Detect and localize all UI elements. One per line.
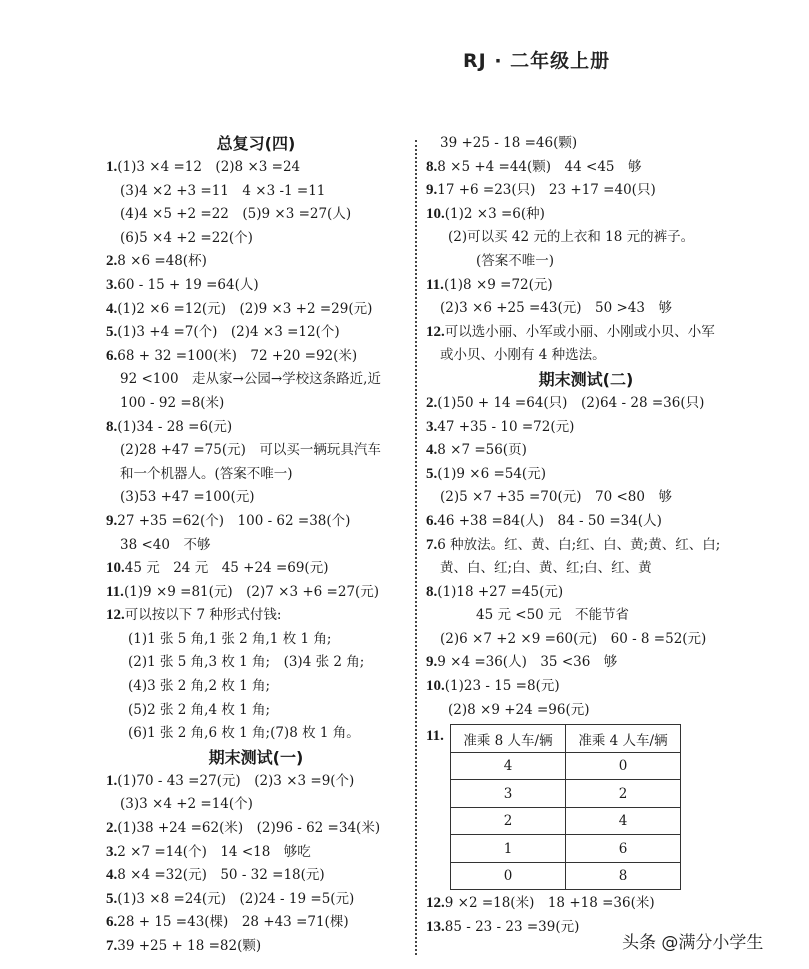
- answer-text: (1)18 +27 =45(元): [437, 584, 563, 600]
- answer-text: (6)1 张 2 角,6 枚 1 角;(7)8 枚 1 角。: [128, 725, 360, 741]
- answer-line: 2.(1)50 + 14 =64(只) (2)64 - 28 =36(只): [426, 392, 746, 416]
- table-header-row: 准乘 8 人车/辆 准乘 4 人车/辆: [451, 725, 681, 753]
- answer-text: 8 ×5 +4 =44(颗) 44 <45 够: [437, 159, 641, 175]
- left-column: 总复习(四) 1.(1)3 ×4 =12 (2)8 ×3 =24(3)4 ×2 …: [106, 132, 406, 959]
- answer-text: (1)34 - 28 =6(元): [117, 419, 232, 435]
- answer-line: 黄、白、红;白、黄、红;白、红、黄: [426, 557, 746, 581]
- answer-line: (3)53 +47 =100(元): [106, 486, 406, 510]
- answer-line: (2)28 +47 =75(元) 可以买一辆玩具汽车: [106, 439, 406, 463]
- question-number: 4.: [426, 442, 437, 458]
- answer-text: 38 <40 不够: [120, 537, 210, 553]
- answer-text: (1)38 +24 =62(米) (2)96 - 62 =34(米): [117, 820, 380, 836]
- table-cell: 2: [451, 807, 566, 835]
- answer-line: 5.(1)3 +4 =7(个) (2)4 ×3 =12(个): [106, 321, 406, 345]
- answer-line: 或小贝、小刚有 4 种选法。: [426, 344, 746, 368]
- answer-line: 12.9 ×2 =18(米) 18 +18 =36(米): [426, 892, 746, 916]
- question-number: 5.: [106, 324, 117, 340]
- question-number: 7.: [426, 537, 437, 553]
- question-number: 6.: [106, 348, 117, 364]
- question-number: 1.: [106, 159, 117, 175]
- question-number: 12.: [426, 324, 445, 340]
- answer-line: 10.(1)2 ×3 =6(种): [426, 203, 746, 227]
- question-number: 2.: [106, 820, 117, 836]
- answer-text: (6)5 ×4 +2 =22(个): [120, 230, 253, 246]
- question-number: 10.: [426, 678, 445, 694]
- question-number: 4.: [106, 301, 117, 317]
- answer-text: 8 ×7 =56(页): [437, 442, 527, 458]
- answer-line: (1)1 张 5 角,1 张 2 角,1 枚 1 角;: [106, 628, 406, 652]
- question-number: 13.: [426, 919, 445, 935]
- question-number: 2.: [426, 395, 437, 411]
- answer-line: 6.46 +38 =84(人) 84 - 50 =34(人): [426, 510, 746, 534]
- answer-line: 3.60 - 15 + 19 =64(人): [106, 274, 406, 298]
- question-number: 2.: [106, 253, 117, 269]
- answer-text: (1)1 张 5 角,1 张 2 角,1 枚 1 角;: [128, 631, 331, 647]
- answer-text: 100 - 92 =8(米): [120, 395, 224, 411]
- answer-line: 92 <100 走从家→公园→学校这条路近,近: [106, 368, 406, 392]
- answer-text: 60 - 15 + 19 =64(人): [117, 277, 258, 293]
- answer-text: (1)8 ×9 =72(元): [444, 277, 553, 293]
- answer-line: (2)6 ×7 +2 ×9 =60(元) 60 - 8 =52(元): [426, 628, 746, 652]
- answer-text: 可以选小丽、小军或小丽、小刚或小贝、小军: [445, 324, 715, 340]
- final-test-2-answers: 2.(1)50 + 14 =64(只) (2)64 - 28 =36(只)3.4…: [426, 392, 746, 722]
- question-number: 5.: [106, 891, 117, 907]
- watermark-text: 头条 @满分小学生: [622, 928, 763, 953]
- answer-text: (1)3 +4 =7(个) (2)4 ×3 =12(个): [117, 324, 339, 340]
- answer-text: (3)3 ×4 +2 =14(个): [120, 796, 253, 812]
- answer-text: (2)6 ×7 +2 ×9 =60(元) 60 - 8 =52(元): [440, 631, 706, 647]
- section-title-review-4: 总复习(四): [106, 132, 406, 156]
- answer-line: 6.28 + 15 =43(棵) 28 +43 =71(棵): [106, 911, 406, 935]
- answer-text: (答案不唯一): [476, 253, 554, 269]
- question-number: 11.: [106, 584, 124, 600]
- table-cell: 2: [566, 780, 681, 808]
- answer-line: (5)2 张 2 角,4 枚 1 角;: [106, 699, 406, 723]
- answer-text: 39 +25 + 18 =82(颗): [117, 938, 261, 954]
- question-number: 11.: [426, 277, 444, 293]
- right-column: 39 +25 - 18 =46(颗)8.8 ×5 +4 =44(颗) 44 <4…: [426, 132, 746, 939]
- table-row: 0 8: [451, 862, 681, 890]
- answer-line: (2)3 ×6 +25 =43(元) 50 >43 够: [426, 297, 746, 321]
- question-number: 9.: [106, 513, 117, 529]
- question-number: 8.: [426, 584, 437, 600]
- answer-line: 12.可以选小丽、小军或小丽、小刚或小贝、小军: [426, 321, 746, 345]
- answer-line: 3.2 ×7 =14(个) 14 <18 够吃: [106, 841, 406, 865]
- answer-text: (2)5 ×7 +35 =70(元) 70 <80 够: [440, 489, 672, 505]
- answer-line: 11.(1)8 ×9 =72(元): [426, 274, 746, 298]
- table-cell: 6: [566, 835, 681, 863]
- section-title-final-test-1: 期末测试(一): [106, 746, 406, 770]
- answer-text: (1)23 - 15 =8(元): [445, 678, 560, 694]
- answer-text: 45 元 <50 元 不能节省: [476, 607, 629, 623]
- answer-line: (3)3 ×4 +2 =14(个): [106, 793, 406, 817]
- answer-line: 12.可以按以下 7 种形式付钱:: [106, 604, 406, 628]
- column-divider: [415, 140, 417, 955]
- answer-line: 3.47 +35 - 10 =72(元): [426, 416, 746, 440]
- answer-text: 9 ×2 =18(米) 18 +18 =36(米): [445, 895, 655, 911]
- answer-text: 17 +6 =23(只) 23 +17 =40(只): [437, 182, 655, 198]
- table-cell: 3: [451, 780, 566, 808]
- section-title-final-test-2: 期末测试(二): [426, 368, 746, 392]
- answer-text: (2)1 张 5 角,3 枚 1 角; (3)4 张 2 角;: [128, 654, 364, 670]
- answer-text: 47 +35 - 10 =72(元): [437, 419, 574, 435]
- question-number: 4.: [106, 867, 117, 883]
- table-row: 2 4: [451, 807, 681, 835]
- answer-text: 或小贝、小刚有 4 种选法。: [440, 347, 606, 363]
- answer-line: 4.8 ×4 =32(元) 50 - 32 =18(元): [106, 864, 406, 888]
- question-number: 3.: [426, 419, 437, 435]
- answer-line: 11.(1)9 ×9 =81(元) (2)7 ×3 +6 =27(元): [106, 581, 406, 605]
- table-cell: 4: [566, 807, 681, 835]
- final-test-1-continued-answers: 39 +25 - 18 =46(颗)8.8 ×5 +4 =44(颗) 44 <4…: [426, 132, 746, 368]
- answer-line: (2)8 ×9 +24 =96(元): [426, 699, 746, 723]
- table-row: 1 6: [451, 835, 681, 863]
- answer-line: 6.68 + 32 =100(米) 72 +20 =92(米): [106, 345, 406, 369]
- final-test-1-answers: 1.(1)70 - 43 =27(元) (2)3 ×3 =9(个)(3)3 ×4…: [106, 770, 406, 959]
- answer-text: 8 ×4 =32(元) 50 - 32 =18(元): [117, 867, 324, 883]
- question-number: 10.: [106, 560, 125, 576]
- answer-text: 2 ×7 =14(个) 14 <18 够吃: [117, 844, 311, 860]
- answer-text: 和一个机器人。(答案不唯一): [120, 466, 293, 482]
- table-cell: 0: [451, 862, 566, 890]
- answer-text: (2)8 ×9 +24 =96(元): [448, 702, 590, 718]
- header-8-seat-cars: 准乘 8 人车/辆: [451, 725, 566, 753]
- answer-line: 8.(1)34 - 28 =6(元): [106, 416, 406, 440]
- answer-line: 1.(1)70 - 43 =27(元) (2)3 ×3 =9(个): [106, 770, 406, 794]
- answer-text: (1)70 - 43 =27(元) (2)3 ×3 =9(个): [117, 773, 354, 789]
- table-cell: 1: [451, 835, 566, 863]
- answer-line: 7.6 种放法。红、黄、白;红、白、黄;黄、红、白;: [426, 534, 746, 558]
- answer-text: 27 +35 =62(个) 100 - 62 =38(个): [117, 513, 350, 529]
- table-row: 4 0: [451, 752, 681, 780]
- question-number: 11.: [426, 724, 450, 745]
- answer-line: (3)4 ×2 +3 =11 4 ×3 -1 =11: [106, 180, 406, 204]
- table-row: 3 2: [451, 780, 681, 808]
- answer-line: 5.(1)3 ×8 =24(元) (2)24 - 19 =5(元): [106, 888, 406, 912]
- answer-line: 2.(1)38 +24 =62(米) (2)96 - 62 =34(米): [106, 817, 406, 841]
- answer-line: 38 <40 不够: [106, 534, 406, 558]
- answer-text: (1)3 ×8 =24(元) (2)24 - 19 =5(元): [117, 891, 354, 907]
- answer-line: 7.39 +25 + 18 =82(颗): [106, 935, 406, 959]
- table-cell: 8: [566, 862, 681, 890]
- answer-line: (6)1 张 2 角,6 枚 1 角;(7)8 枚 1 角。: [106, 722, 406, 746]
- answer-line: 10.45 元 24 元 45 +24 =69(元): [106, 557, 406, 581]
- question-number: 3.: [106, 277, 117, 293]
- answer-line: (答案不唯一): [426, 250, 746, 274]
- answer-text: 可以按以下 7 种形式付钱:: [125, 607, 282, 623]
- answer-line: 10.(1)23 - 15 =8(元): [426, 675, 746, 699]
- answer-text: 28 + 15 =43(棵) 28 +43 =71(棵): [117, 914, 348, 930]
- answer-text: (1)2 ×6 =12(元) (2)9 ×3 +2 =29(元): [117, 301, 372, 317]
- answer-text: (2)28 +47 =75(元) 可以买一辆玩具汽车: [120, 442, 381, 458]
- answer-line: (2)可以买 42 元的上衣和 18 元的裤子。: [426, 226, 746, 250]
- answer-text: (2)3 ×6 +25 =43(元) 50 >43 够: [440, 300, 672, 316]
- answer-text: 39 +25 - 18 =46(颗): [440, 135, 577, 151]
- answer-line: 和一个机器人。(答案不唯一): [106, 463, 406, 487]
- answer-text: (1)9 ×6 =54(元): [437, 466, 546, 482]
- question-number: 8.: [106, 419, 117, 435]
- question-number: 5.: [426, 466, 437, 482]
- answer-text: 92 <100 走从家→公园→学校这条路近,近: [120, 371, 381, 387]
- question-number: 12.: [106, 607, 125, 623]
- answer-text: (5)2 张 2 角,4 枚 1 角;: [128, 702, 270, 718]
- answer-line: 9.17 +6 =23(只) 23 +17 =40(只): [426, 179, 746, 203]
- answer-text: (3)4 ×2 +3 =11 4 ×3 -1 =11: [120, 183, 325, 199]
- answer-line: (2)5 ×7 +35 =70(元) 70 <80 够: [426, 486, 746, 510]
- answer-line: 45 元 <50 元 不能节省: [426, 604, 746, 628]
- answer-text: (1)9 ×9 =81(元) (2)7 ×3 +6 =27(元): [124, 584, 379, 600]
- answer-text: (4)3 张 2 角,2 枚 1 角;: [128, 678, 270, 694]
- answer-text: 68 + 32 =100(米) 72 +20 =92(米): [117, 348, 357, 364]
- question-number: 7.: [106, 938, 117, 954]
- question-11-table-block: 11. 准乘 8 人车/辆 准乘 4 人车/辆 4 0 3 2 2: [426, 724, 746, 890]
- answer-text: (2)可以买 42 元的上衣和 18 元的裤子。: [448, 229, 694, 245]
- answer-text: (1)50 + 14 =64(只) (2)64 - 28 =36(只): [437, 395, 704, 411]
- answer-text: (4)4 ×5 +2 =22 (5)9 ×3 =27(人): [120, 206, 351, 222]
- answer-line: 1.(1)3 ×4 =12 (2)8 ×3 =24: [106, 156, 406, 180]
- answer-text: 46 +38 =84(人) 84 - 50 =34(人): [437, 513, 662, 529]
- question-number: 10.: [426, 206, 445, 222]
- answer-text: (1)2 ×3 =6(种): [445, 206, 545, 222]
- question-number: 6.: [106, 914, 117, 930]
- page-header-title: RJ · 二年级上册: [463, 46, 610, 73]
- review-4-answers: 1.(1)3 ×4 =12 (2)8 ×3 =24(3)4 ×2 +3 =11 …: [106, 156, 406, 746]
- header-4-seat-cars: 准乘 4 人车/辆: [566, 725, 681, 753]
- car-combination-table: 准乘 8 人车/辆 准乘 4 人车/辆 4 0 3 2 2 4 1: [450, 724, 681, 890]
- answer-line: 9.9 ×4 =36(人) 35 <36 够: [426, 651, 746, 675]
- answer-line: 5.(1)9 ×6 =54(元): [426, 463, 746, 487]
- answer-text: 黄、白、红;白、黄、红;白、红、黄: [440, 560, 652, 576]
- question-number: 9.: [426, 182, 437, 198]
- answer-line: (4)3 张 2 角,2 枚 1 角;: [106, 675, 406, 699]
- answer-line: 8.(1)18 +27 =45(元): [426, 581, 746, 605]
- answer-line: 9.27 +35 =62(个) 100 - 62 =38(个): [106, 510, 406, 534]
- answer-text: 8 ×6 =48(杯): [117, 253, 207, 269]
- question-number: 12.: [426, 895, 445, 911]
- table-cell: 4: [451, 752, 566, 780]
- answer-line: 2.8 ×6 =48(杯): [106, 250, 406, 274]
- answer-line: (6)5 ×4 +2 =22(个): [106, 227, 406, 251]
- answer-line: 4.(1)2 ×6 =12(元) (2)9 ×3 +2 =29(元): [106, 298, 406, 322]
- answer-text: 85 - 23 - 23 =39(元): [445, 919, 580, 935]
- answer-line: 8.8 ×5 +4 =44(颗) 44 <45 够: [426, 156, 746, 180]
- answer-line: 100 - 92 =8(米): [106, 392, 406, 416]
- answer-line: 4.8 ×7 =56(页): [426, 439, 746, 463]
- answer-text: (3)53 +47 =100(元): [120, 489, 255, 505]
- question-number: 9.: [426, 654, 437, 670]
- answer-text: 45 元 24 元 45 +24 =69(元): [125, 560, 329, 576]
- answer-text: 6 种放法。红、黄、白;红、白、黄;黄、红、白;: [437, 537, 720, 553]
- question-number: 3.: [106, 844, 117, 860]
- question-number: 1.: [106, 773, 117, 789]
- table-cell: 0: [566, 752, 681, 780]
- answer-line: (2)1 张 5 角,3 枚 1 角; (3)4 张 2 角;: [106, 651, 406, 675]
- question-number: 6.: [426, 513, 437, 529]
- answer-line: 39 +25 - 18 =46(颗): [426, 132, 746, 156]
- answer-text: 9 ×4 =36(人) 35 <36 够: [437, 654, 617, 670]
- question-number: 8.: [426, 159, 437, 175]
- answer-line: (4)4 ×5 +2 =22 (5)9 ×3 =27(人): [106, 203, 406, 227]
- answer-text: (1)3 ×4 =12 (2)8 ×3 =24: [117, 159, 300, 175]
